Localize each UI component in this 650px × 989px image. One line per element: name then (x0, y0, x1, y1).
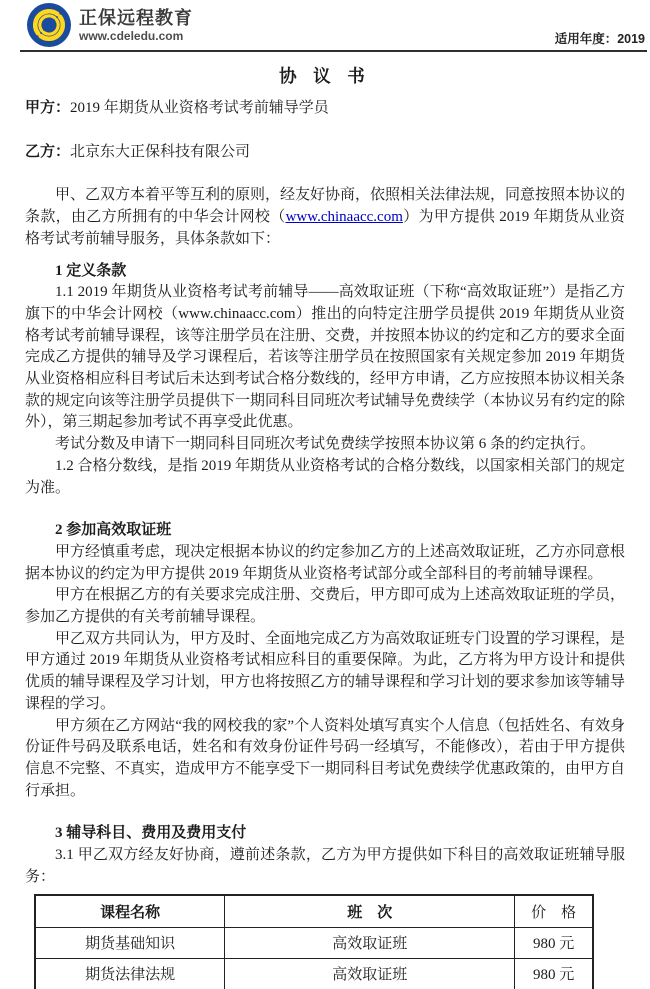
brand-name: 正保远程教育 (79, 7, 193, 29)
table-row: 期货基础知识 高效取证班 980 元 (35, 927, 593, 958)
section-1-paragraph-2: 考试分数及申请下一期同科目同班次考试免费续学按照本协议第 6 条的约定执行。 (25, 434, 625, 456)
header: 正保远程教育 www.cdeledu.com 适用年度：2019 (20, 0, 647, 52)
section-3-paragraph-1: 3.1 甲乙双方经友好协商，遵前述条款，乙方为甲方提供如下科目的高效取证班辅导服… (25, 845, 625, 888)
column-header-price: 价 格 (515, 895, 593, 928)
party-a-label: 甲方： (25, 100, 70, 116)
table-row: 期货法律法规 高效取证班 980 元 (35, 958, 593, 989)
section-1-heading: 1 定义条款 (25, 261, 625, 283)
course-table: 课程名称 班 次 价 格 期货基础知识 高效取证班 980 元 期货法律法规 高… (34, 894, 594, 989)
section-2-paragraph-4: 甲方须在乙方网站“我的网校我的家”个人资料处填写真实个人信息（包括姓名、有效身份… (25, 716, 625, 803)
cell-class-type: 高效取证班 (225, 958, 515, 989)
table-header-row: 课程名称 班 次 价 格 (35, 895, 593, 928)
party-a-line: 甲方：2019 年期货从业资格考试考前辅导学员 (25, 98, 625, 120)
section-1-paragraph-1: 1.1 2019 年期货从业资格考试考前辅导——高效取证班（下称“高效取证班”）… (25, 282, 625, 434)
cell-class-type: 高效取证班 (225, 927, 515, 958)
cell-price: 980 元 (515, 927, 593, 958)
brand: 正保远程教育 www.cdeledu.com (27, 3, 193, 47)
cell-course-name: 期货法律法规 (35, 958, 225, 989)
section-2-paragraph-3: 甲乙双方共同认为，甲方及时、全面地完成乙方为高效取证班专门设置的学习课程，是甲方… (25, 629, 625, 716)
applicable-year: 适用年度：2019 (555, 29, 645, 47)
cdel-logo-icon (27, 3, 71, 47)
intro-paragraph: 甲、乙双方本着平等互利的原则，经友好协商，依照相关法律法规，同意按照本协议的条款… (25, 185, 625, 250)
column-header-class-type: 班 次 (225, 895, 515, 928)
chinaacc-link[interactable]: www.chinaacc.com (286, 209, 403, 225)
party-b-value: 北京东大正保科技有限公司 (70, 144, 250, 160)
column-header-course-name: 课程名称 (35, 895, 225, 928)
cell-price: 980 元 (515, 958, 593, 989)
section-3-heading: 3 辅导科目、费用及费用支付 (25, 823, 625, 845)
party-a-value: 2019 年期货从业资格考试考前辅导学员 (70, 100, 329, 116)
agreement-page: 正保远程教育 www.cdeledu.com 适用年度：2019 协 议 书 甲… (0, 0, 650, 989)
party-b-line: 乙方：北京东大正保科技有限公司 (25, 142, 625, 164)
brand-url: www.cdeledu.com (79, 29, 193, 43)
section-2-heading: 2 参加高效取证班 (25, 520, 625, 542)
section-2-paragraph-2: 甲方在根据乙方的有关要求完成注册、交费后，甲方即可成为上述高效取证班的学员，参加… (25, 585, 625, 628)
cell-course-name: 期货基础知识 (35, 927, 225, 958)
brand-text: 正保远程教育 www.cdeledu.com (79, 7, 193, 43)
document-title: 协 议 书 (25, 63, 625, 89)
section-1-paragraph-3: 1.2 合格分数线，是指 2019 年期货从业资格考试的合格分数线，以国家相关部… (25, 456, 625, 499)
party-b-label: 乙方： (25, 144, 70, 160)
section-2-paragraph-1: 甲方经慎重考虑，现决定根据本协议的约定参加乙方的上述高效取证班，乙方亦同意根据本… (25, 542, 625, 585)
